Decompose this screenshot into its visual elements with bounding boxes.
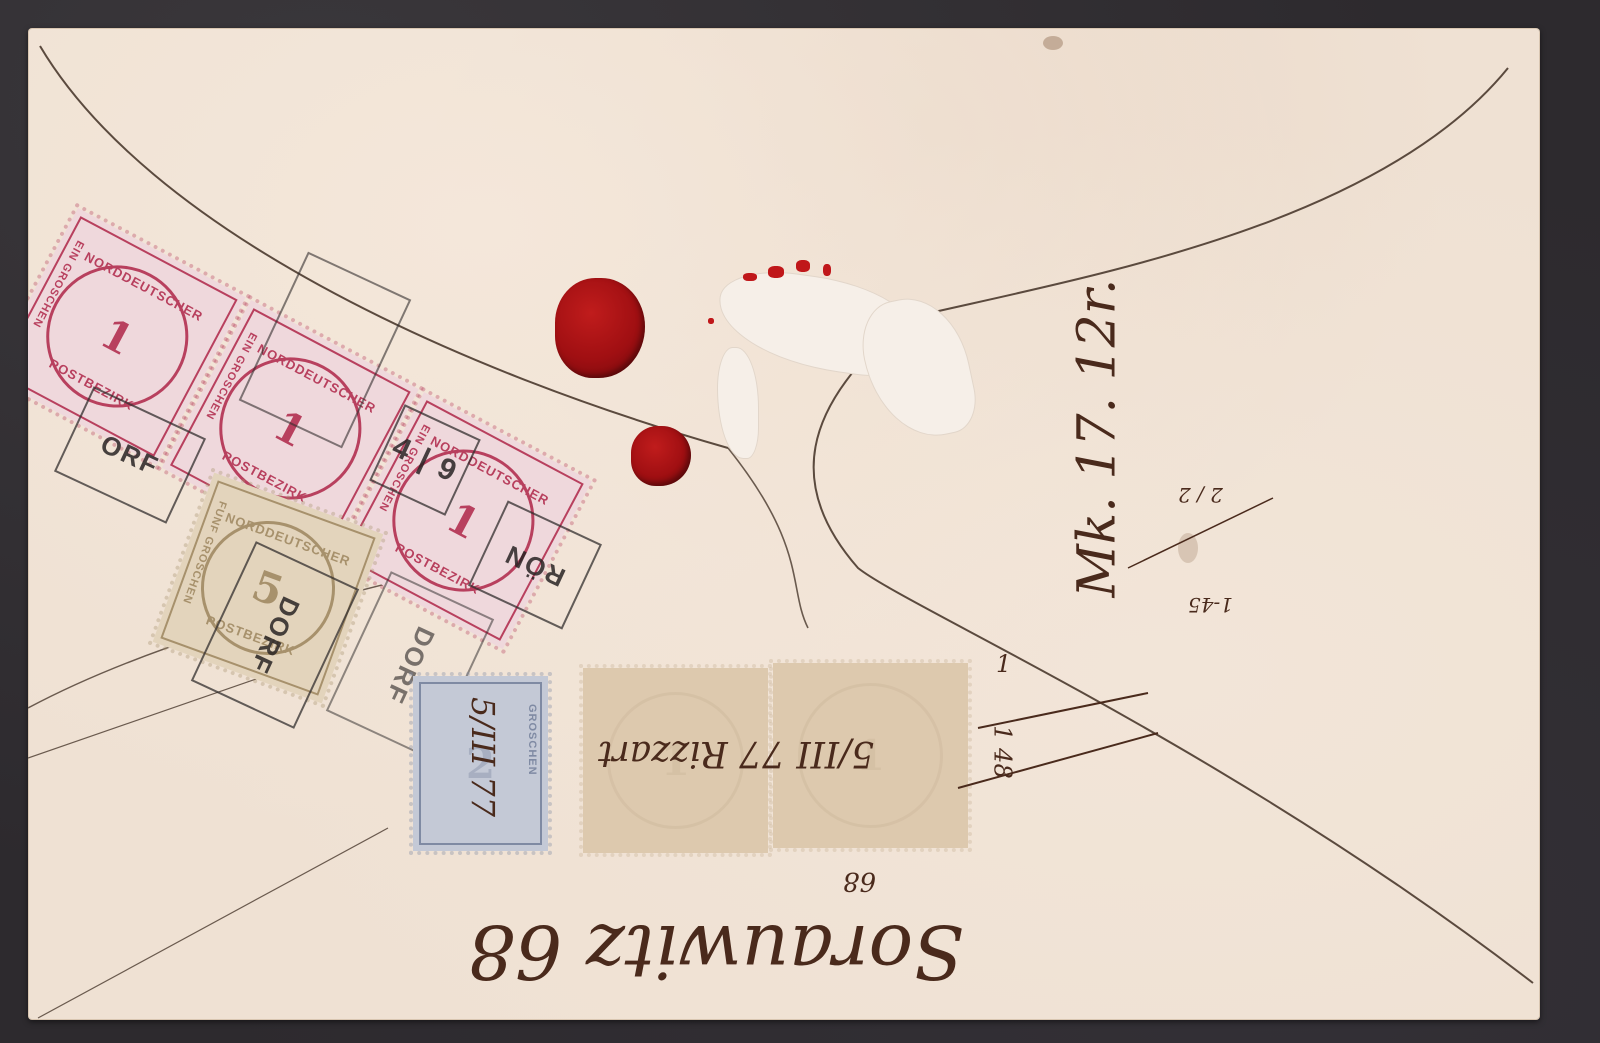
envelope-back: NORDDEUTSCHER 1 POSTBEZIRK EIN GROSCHEN …: [28, 28, 1540, 1020]
handwritten-signature: Sorauwitz 68: [468, 908, 964, 994]
handwritten-number: 68: [843, 866, 876, 896]
ink-strike-lines: [28, 28, 1540, 1020]
